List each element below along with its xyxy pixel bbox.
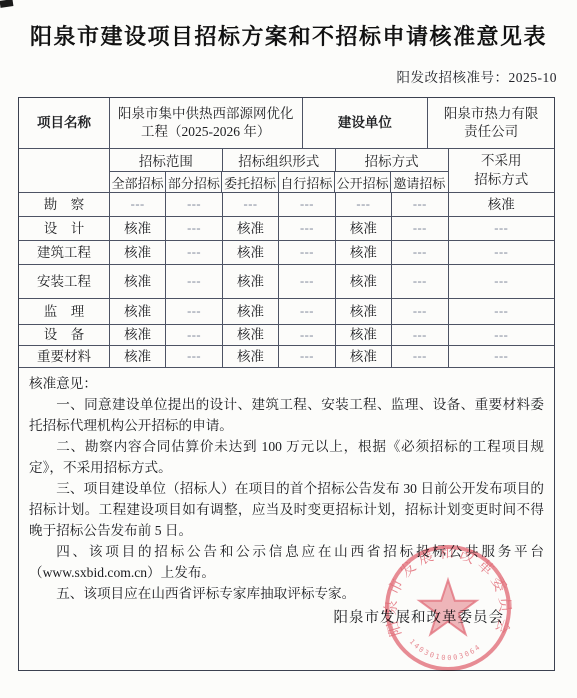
cell-dash: --- <box>166 217 222 240</box>
cell-dash: --- <box>110 193 166 216</box>
column-header: 自行招标 <box>279 172 335 192</box>
cell-dash: --- <box>392 193 448 216</box>
cell-dash: --- <box>279 193 335 216</box>
cell-dash: --- <box>166 325 222 345</box>
cell-approved: 核准 <box>110 241 166 264</box>
builder-value: 阳泉市热力有限责任公司 <box>428 98 554 148</box>
table-row: 勘 察------------------核准 <box>19 193 554 217</box>
cell-approved: 核准 <box>223 299 279 324</box>
cell-dash: --- <box>392 325 448 345</box>
cell-dash: --- <box>279 299 335 324</box>
cell-approved: 核准 <box>336 265 392 298</box>
seal-star-icon <box>420 580 477 634</box>
cell-dash: --- <box>279 265 335 298</box>
cell-approved: 核准 <box>223 325 279 345</box>
cell-dash: --- <box>392 299 448 324</box>
cell-approved: 核准 <box>223 217 279 240</box>
cell-dash: --- <box>449 346 554 367</box>
row-label: 监 理 <box>19 299 110 324</box>
cell-dash: --- <box>392 241 448 264</box>
cell-approved: 核准 <box>223 241 279 264</box>
cell-dash: --- <box>279 217 335 240</box>
cell-dash: --- <box>449 265 554 298</box>
header-middle: 招标范围招标组织形式招标方式 全部招标部分招标委托招标自行招标公开招标邀请招标 <box>110 149 449 192</box>
no-bid-line-1: 不采用 <box>474 152 528 170</box>
cell-dash: --- <box>166 299 222 324</box>
row-label: 安装工程 <box>19 265 110 298</box>
cell-approved: 核准 <box>110 265 166 298</box>
project-name-label: 项目名称 <box>19 98 110 148</box>
cell-approved: 核准 <box>449 193 554 216</box>
cell-dash: --- <box>166 193 222 216</box>
info-row: 项目名称 阳泉市集中供热西部源网优化工程（2025-2026 年） 建设单位 阳… <box>19 98 554 149</box>
document-page: { "page": { "title": "阳泉市建设项目招标方案和不招标申请核… <box>0 0 577 698</box>
cell-dash: --- <box>449 241 554 264</box>
cell-dash: --- <box>392 265 448 298</box>
table-row: 重要材料核准---核准---核准------ <box>19 346 554 368</box>
table-body: 勘 察------------------核准设 计核准---核准---核准--… <box>19 193 554 368</box>
builder-label: 建设单位 <box>303 98 429 148</box>
table-row: 设 备核准---核准---核准------ <box>19 325 554 346</box>
cell-dash: --- <box>166 346 222 367</box>
cell-dash: --- <box>449 325 554 345</box>
cell-dash: --- <box>279 241 335 264</box>
builder-text: 阳泉市热力有限责任公司 <box>444 105 539 140</box>
cell-dash: --- <box>392 217 448 240</box>
group-header-row: 招标范围招标组织形式招标方式 <box>110 149 448 172</box>
table-row: 设 计核准---核准---核准------ <box>19 217 554 241</box>
no-bid-header: 不采用 招标方式 <box>449 149 554 192</box>
cell-approved: 核准 <box>336 325 392 345</box>
group-header: 招标范围 <box>110 149 223 171</box>
opinion-paragraph: 二、勘察内容合同估算价未达到 100 万元以上，根据《必须招标的工程项目规定》，… <box>29 436 544 478</box>
cell-dash: --- <box>336 193 392 216</box>
official-seal: 阳泉市发展和改革委员会 1403010003064 <box>372 532 524 684</box>
row-label: 建筑工程 <box>19 241 110 264</box>
cell-dash: --- <box>166 265 222 298</box>
column-header: 公开招标 <box>335 172 391 192</box>
table-header: 招标范围招标组织形式招标方式 全部招标部分招标委托招标自行招标公开招标邀请招标 … <box>19 149 554 193</box>
scan-artifact <box>0 0 13 8</box>
cell-approved: 核准 <box>110 217 166 240</box>
cell-approved: 核准 <box>223 346 279 367</box>
table-row: 监 理核准---核准---核准------ <box>19 299 554 325</box>
row-label: 重要材料 <box>19 346 110 367</box>
group-header: 招标方式 <box>336 149 448 171</box>
cell-approved: 核准 <box>336 217 392 240</box>
cell-approved: 核准 <box>110 299 166 324</box>
group-header: 招标组织形式 <box>223 149 336 171</box>
cell-dash: --- <box>223 193 279 216</box>
cell-approved: 核准 <box>336 241 392 264</box>
approval-number: 阳发改招核准号：2025-10 <box>397 66 558 86</box>
opinion-heading: 核准意见： <box>29 373 544 394</box>
cell-approved: 核准 <box>110 346 166 367</box>
row-label: 设 计 <box>19 217 110 240</box>
header-empty-cell <box>19 149 110 192</box>
project-name-text: 阳泉市集中供热西部源网优化工程（2025-2026 年） <box>115 105 296 140</box>
cell-dash: --- <box>449 299 554 324</box>
row-label: 勘 察 <box>19 193 110 216</box>
cell-dash: --- <box>449 217 554 240</box>
table-row: 建筑工程核准---核准---核准------ <box>19 241 554 265</box>
sub-header-row: 全部招标部分招标委托招标自行招标公开招标邀请招标 <box>110 172 448 192</box>
opinion-paragraph: 一、同意建设单位提出的设计、建筑工程、安装工程、监理、设备、重要材料委托招标代理… <box>29 394 544 436</box>
cell-approved: 核准 <box>223 265 279 298</box>
column-header: 邀请招标 <box>391 172 447 192</box>
cell-approved: 核准 <box>336 299 392 324</box>
cell-approved: 核准 <box>110 325 166 345</box>
no-bid-header-text: 不采用 招标方式 <box>474 152 528 188</box>
no-bid-line-2: 招标方式 <box>474 171 528 189</box>
column-header: 部分招标 <box>166 172 222 192</box>
row-label: 设 备 <box>19 325 110 345</box>
column-header: 委托招标 <box>222 172 278 192</box>
cell-dash: --- <box>279 346 335 367</box>
table-row: 安装工程核准---核准---核准------ <box>19 265 554 299</box>
project-name-value: 阳泉市集中供热西部源网优化工程（2025-2026 年） <box>110 98 303 148</box>
cell-approved: 核准 <box>336 346 392 367</box>
cell-dash: --- <box>392 346 448 367</box>
column-header: 全部招标 <box>110 172 166 192</box>
seal-code: 1403010003064 <box>408 638 483 663</box>
cell-dash: --- <box>166 241 222 264</box>
page-title: 阳泉市建设项目招标方案和不招标申请核准意见表 <box>0 20 577 51</box>
cell-dash: --- <box>279 325 335 345</box>
